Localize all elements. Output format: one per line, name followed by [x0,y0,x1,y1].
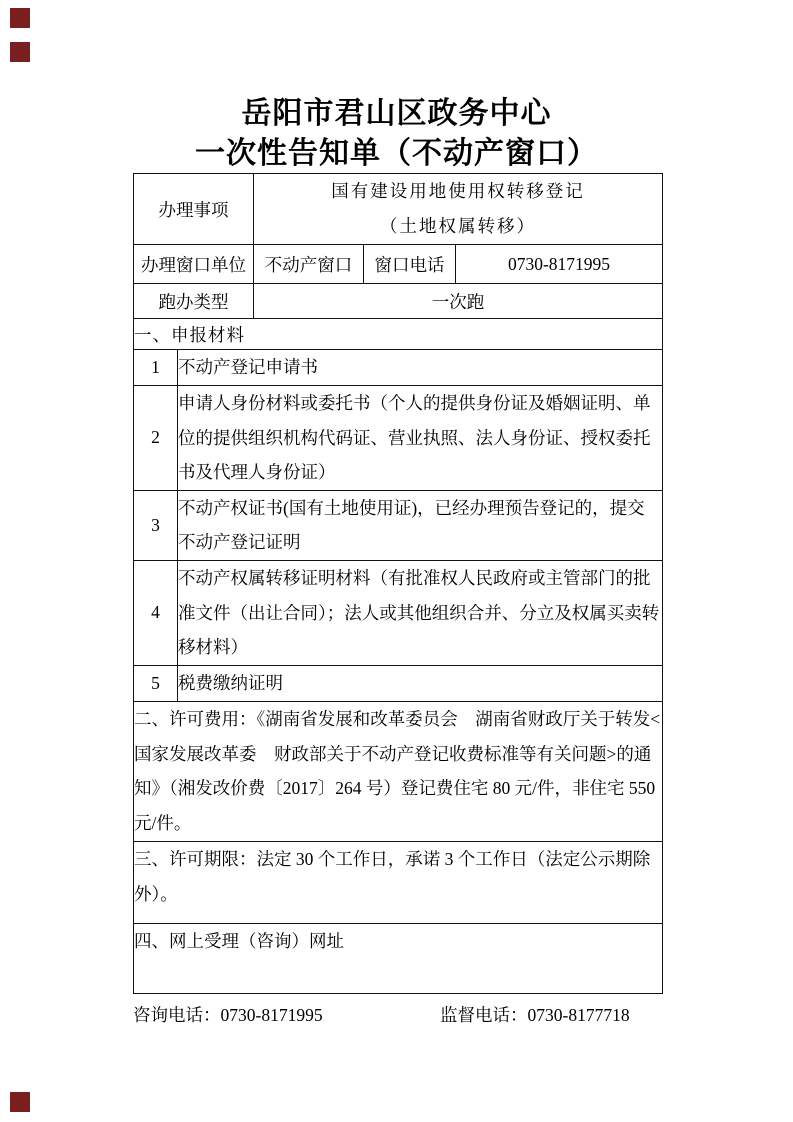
title-line-1: 岳阳市君山区政务中心 [0,94,793,134]
window-unit-label: 办理窗口单位 [134,245,254,284]
page-title: 岳阳市君山区政务中心 一次性告知单（不动产窗口） [0,94,793,174]
title-line-2: 一次性告知单（不动产窗口） [0,134,793,174]
material-number: 3 [134,490,178,560]
run-type-label: 跑办类型 [134,284,254,319]
corner-marker-icon [10,1092,30,1112]
table-row-online: 四、网上受理（咨询）网址 [134,923,663,993]
material-number: 1 [134,350,178,386]
material-text: 不动产登记申请书 [178,350,663,386]
table-row-material-5: 5 税费缴纳证明 [134,665,663,701]
material-text: 不动产权证书(国有土地使用证)，已经办理预告登记的，提交不动产登记证明 [178,490,663,560]
table-row-fee: 二、许可费用：《湖南省发展和改革委员会 湖南省财政厅关于转发<国家发展改革委 财… [134,701,663,841]
table-row-deadline: 三、许可期限：法定 30 个工作日，承诺 3 个工作日（法定公示期除外）。 [134,841,663,923]
footer: 咨询电话：0730-8171995 监督电话：0730-8177718 [133,1002,662,1032]
online-section-text: 四、网上受理（咨询）网址 [134,923,663,993]
table-row-matter: 办理事项 国有建设用地使用权转移登记 （土地权属转移） [134,174,663,245]
table-row-material-1: 1 不动产登记申请书 [134,350,663,386]
table-row-window: 办理窗口单位 不动产窗口 窗口电话 0730-8171995 [134,245,663,284]
run-type-value: 一次跑 [254,284,663,319]
window-phone-label: 窗口电话 [364,245,456,284]
matter-value-cell: 国有建设用地使用权转移登记 （土地权属转移） [254,174,663,245]
materials-heading: 一、申报材料 [134,319,663,350]
document-page: 岳阳市君山区政务中心 一次性告知单（不动产窗口） 办理事项 国有建设用地使用权转… [0,0,793,1122]
table-row-material-4: 4 不动产权属转移证明材料（有批准权人民政府或主管部门的批准文件（出让合同）；法… [134,560,663,665]
material-number: 4 [134,560,178,665]
corner-marker-icon [10,8,30,28]
table-row-materials-heading: 一、申报材料 [134,319,663,350]
deadline-section-text: 三、许可期限：法定 30 个工作日，承诺 3 个工作日（法定公示期除外）。 [134,841,663,923]
corner-marker-icon [10,42,30,62]
material-number: 2 [134,386,178,491]
material-text: 申请人身份材料或委托书（个人的提供身份证及婚姻证明、单位的提供组织机构代码证、营… [178,386,663,491]
matter-label: 办理事项 [134,174,254,245]
material-text: 税费缴纳证明 [178,665,663,701]
notice-table: 办理事项 国有建设用地使用权转移登记 （土地权属转移） 办理窗口单位 不动产窗口… [133,173,663,994]
fee-section-text: 二、许可费用：《湖南省发展和改革委员会 湖南省财政厅关于转发<国家发展改革委 财… [134,701,663,841]
window-phone-value: 0730-8171995 [456,245,663,284]
matter-value-line2: （土地权属转移） [254,209,662,244]
matter-value-line1: 国有建设用地使用权转移登记 [254,174,662,209]
supervise-phone: 监督电话：0730-8177718 [440,1002,630,1027]
window-unit-value: 不动产窗口 [254,245,364,284]
consult-phone: 咨询电话：0730-8171995 [133,1002,323,1027]
table-row-material-2: 2 申请人身份材料或委托书（个人的提供身份证及婚姻证明、单位的提供组织机构代码证… [134,386,663,491]
table-row-run-type: 跑办类型 一次跑 [134,284,663,319]
table-row-material-3: 3 不动产权证书(国有土地使用证)，已经办理预告登记的，提交不动产登记证明 [134,490,663,560]
material-number: 5 [134,665,178,701]
material-text: 不动产权属转移证明材料（有批准权人民政府或主管部门的批准文件（出让合同）；法人或… [178,560,663,665]
